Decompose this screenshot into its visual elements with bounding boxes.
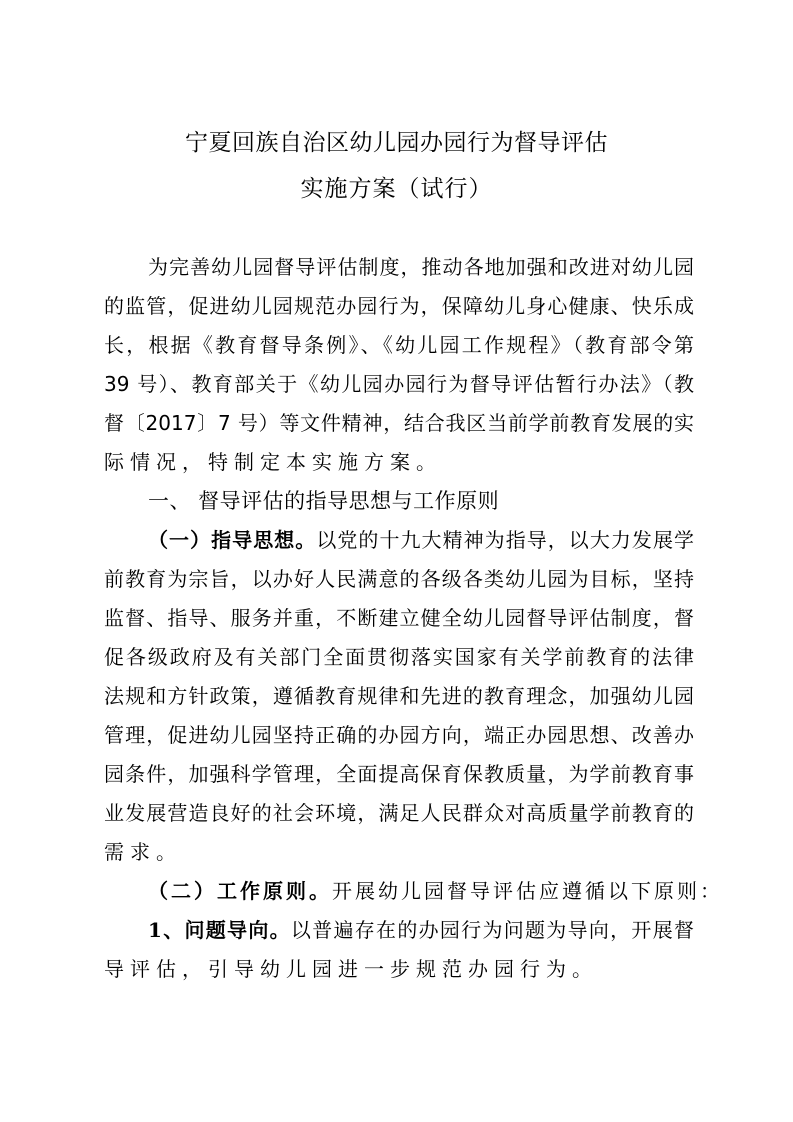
section-1-heading: 一、 督导评估的指导思想与工作原则 bbox=[104, 482, 694, 521]
subsection-1-label: （一）指导思想。 bbox=[148, 528, 316, 552]
subsection-2-text: 开展幼儿园督导评估应遵循以下原则： bbox=[332, 879, 723, 903]
intro-line-2: 的监管，促进幼儿园规范办园行为，保障幼儿身心健康、快乐成 bbox=[104, 287, 694, 326]
intro-line-1: 为完善幼儿园督导评估制度，推动各地加强和改进对幼儿园 bbox=[104, 248, 694, 287]
subsection-1-line-1: （一）指导思想。以党的十九大精神为指导，以大力发展学 bbox=[104, 521, 694, 560]
principle-1-line-2: 导评估，引导幼儿园进一步规范办园行为。 bbox=[104, 950, 694, 989]
subsection-1-line-4: 促各级政府及有关部门全面贯彻落实国家有关学前教育的法律 bbox=[104, 638, 694, 677]
principle-1-line-1: 1、问题导向。以普遍存在的办园行为问题为导向，开展督 bbox=[104, 911, 694, 950]
document-page: 宁夏回族自治区幼儿园办园行为督导评估 实施方案（试行） 为完善幼儿园督导评估制度… bbox=[0, 0, 793, 1122]
subsection-1-line-7: 园条件，加强科学管理，全面提高保育保教质量，为学前教育事 bbox=[104, 755, 694, 794]
subsection-1-text-1: 以党的十九大精神为指导，以大力发展学 bbox=[316, 528, 694, 552]
intro-line-3: 长，根据《教育督导条例》、《幼儿园工作规程》（教育部令第 bbox=[104, 326, 694, 365]
subsection-1-line-8: 业发展营造良好的社会环境，满足人民群众对高质量学前教育的 bbox=[104, 794, 694, 833]
intro-line-4: 39 号）、教育部关于《幼儿园办园行为督导评估暂行办法》（教 bbox=[104, 365, 694, 404]
principle-1-label: 1、问题导向。 bbox=[148, 918, 291, 942]
intro-line-6: 际情况，特制定本实施方案。 bbox=[104, 443, 694, 482]
document-body: 为完善幼儿园督导评估制度，推动各地加强和改进对幼儿园 的监管，促进幼儿园规范办园… bbox=[104, 248, 694, 989]
document-title-line-1: 宁夏回族自治区幼儿园办园行为督导评估 bbox=[0, 128, 793, 158]
principle-1-text-1: 以普遍存在的办园行为问题为导向，开展督 bbox=[291, 918, 694, 942]
subsection-2-label: （二）工作原则。 bbox=[148, 879, 332, 903]
document-title-line-2: 实施方案（试行） bbox=[0, 174, 793, 204]
subsection-2-line-1: （二）工作原则。开展幼儿园督导评估应遵循以下原则： bbox=[104, 872, 694, 911]
subsection-1-line-2: 前教育为宗旨，以办好人民满意的各级各类幼儿园为目标，坚持 bbox=[104, 560, 694, 599]
subsection-1-line-9: 需求。 bbox=[104, 833, 694, 872]
intro-line-5: 督〔2017〕7 号）等文件精神，结合我区当前学前教育发展的实 bbox=[104, 404, 694, 443]
subsection-1-line-3: 监督、指导、服务并重，不断建立健全幼儿园督导评估制度，督 bbox=[104, 599, 694, 638]
subsection-1-line-6: 管理，促进幼儿园坚持正确的办园方向，端正办园思想、改善办 bbox=[104, 716, 694, 755]
subsection-1-line-5: 法规和方针政策，遵循教育规律和先进的教育理念，加强幼儿园 bbox=[104, 677, 694, 716]
